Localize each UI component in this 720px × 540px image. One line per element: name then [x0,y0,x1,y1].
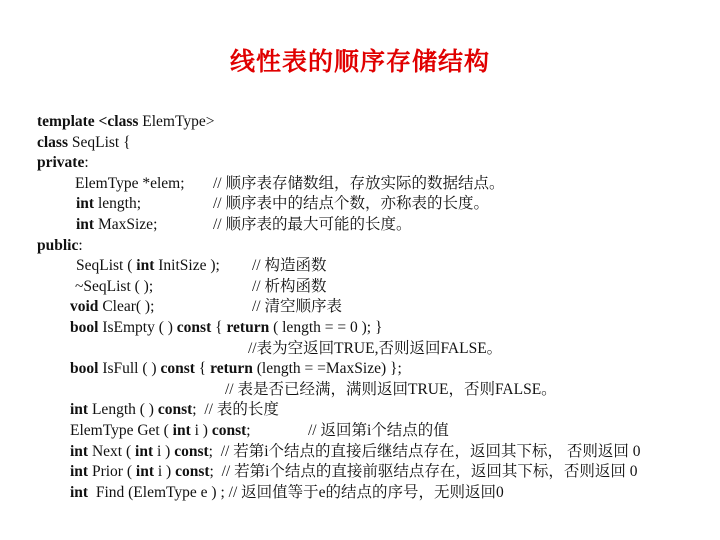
code-keyword: const [174,443,208,460]
code-line: bool IsFull ( ) const { return (length =… [0,359,720,380]
code-text: int Length ( ) const; [70,400,197,421]
code-comment: // 若第i个结点的直接前驱结点存在，返回其下标，否则返回 0 [214,463,638,480]
code-token: ElemType *elem; [75,175,185,192]
code-comment: // 表的长度 [197,401,279,418]
code-comment: //表为空返回TRUE,否则返回FALSE。 [248,340,502,357]
code-comment: // 表是否已经满，满则返回TRUE，否则FALSE。 [225,381,557,398]
code-line: int MaxSize;// 顺序表的最大可能的长度。 [0,215,720,236]
code-keyword: private [37,154,84,171]
code-keyword: const [177,319,211,336]
code-comment: // 顺序表中的结点个数，亦称表的长度。 [213,195,489,212]
code-token: i ) [154,463,175,480]
code-keyword: int [70,484,88,501]
code-token: InitSize ); [154,257,219,274]
code-text: int Next ( int i ) const; [70,442,213,463]
code-comment: // 返回第i个结点的值 [308,422,449,439]
code-text: int Prior ( int i ) const; [70,462,214,483]
code-comment: // 若第i个结点的直接后继结点存在，返回其下标， 否则返回 0 [213,443,641,460]
code-token: SeqList ( [76,257,136,274]
code-token: Length ( ) [88,401,158,418]
code-keyword: int [136,257,154,274]
code-text: SeqList ( int InitSize ); [76,256,252,277]
code-token: IsEmpty ( ) [98,319,176,336]
code-keyword: bool [70,319,98,336]
code-line: class SeqList { [0,133,720,154]
code-line: int Prior ( int i ) const; // 若第i个结点的直接前… [0,462,720,483]
code-token: length; [94,195,141,212]
code-text: bool IsFull ( ) const { return (length =… [70,359,402,380]
code-token: ~SeqList ( ); [75,278,153,295]
code-token: i ) [153,443,174,460]
code-token: ( length = = 0 ); } [269,319,382,336]
code-token: Prior ( [88,463,136,480]
code-text: template <class ElemType> [37,112,214,133]
code-keyword: bool [70,360,98,377]
code-text: int MaxSize; [76,215,213,236]
code-keyword: int [70,463,88,480]
code-keyword: int [136,463,154,480]
code-text: int Find (ElemType e ) ; [70,483,229,504]
code-token: : [78,237,82,254]
code-token: i ) [191,422,212,439]
code-keyword: const [160,360,194,377]
code-text: class SeqList { [37,133,131,154]
code-token: ElemType Get ( [70,422,173,439]
code-keyword: const [212,422,246,439]
code-keyword: return [226,319,269,336]
code-keyword: int [76,216,94,233]
slide: 线性表的顺序存储结构 template <class ElemType>clas… [0,0,720,540]
code-token: { [195,360,210,377]
code-keyword: const [175,463,209,480]
code-keyword: int [70,401,88,418]
code-line: SeqList ( int InitSize );// 构造函数 [0,256,720,277]
code-text: void Clear( ); [70,297,252,318]
code-token: { [211,319,226,336]
page-title: 线性表的顺序存储结构 [0,42,720,78]
code-token: IsFull ( ) [98,360,160,377]
code-text: ElemType Get ( int i ) const; [70,421,308,442]
code-comment: // 析构函数 [252,278,327,295]
code-text: bool IsEmpty ( ) const { return ( length… [70,318,382,339]
code-line: //表为空返回TRUE,否则返回FALSE。 [0,339,720,360]
code-text: public: [37,236,83,257]
code-line: template <class ElemType> [0,112,720,133]
code-token: (length = =MaxSize) }; [253,360,402,377]
code-block: template <class ElemType>class SeqList {… [0,112,720,503]
code-token: ElemType> [138,113,214,130]
code-keyword: return [210,360,253,377]
code-line: int Find (ElemType e ) ; // 返回值等于e的结点的序号… [0,483,720,504]
code-token: Next ( [88,443,135,460]
code-token: Clear( ); [98,298,154,315]
code-keyword: class [37,134,68,151]
code-line: int Next ( int i ) const; // 若第i个结点的直接后继… [0,442,720,463]
code-keyword: const [158,401,192,418]
code-keyword: int [70,443,88,460]
code-keyword: void [70,298,98,315]
code-token: ; [246,422,250,439]
code-text: ~SeqList ( ); [75,277,252,298]
code-line: bool IsEmpty ( ) const { return ( length… [0,318,720,339]
code-token: : [84,154,88,171]
code-line: ElemType *elem;// 顺序表存储数组，存放实际的数据结点。 [0,174,720,195]
code-token: Find (ElemType e ) ; [88,484,229,501]
code-line: ElemType Get ( int i ) const;// 返回第i个结点的… [0,421,720,442]
code-keyword: int [173,422,191,439]
code-token: MaxSize; [94,216,157,233]
code-keyword: public [37,237,78,254]
code-text: ElemType *elem; [75,174,213,195]
code-line: void Clear( );// 清空顺序表 [0,297,720,318]
code-comment: // 构造函数 [252,257,327,274]
code-line: public: [0,236,720,257]
code-line: int Length ( ) const; // 表的长度 [0,400,720,421]
code-line: // 表是否已经满，满则返回TRUE，否则FALSE。 [0,380,720,401]
code-line: ~SeqList ( );// 析构函数 [0,277,720,298]
code-comment: // 清空顺序表 [252,298,342,315]
code-token: SeqList { [68,134,131,151]
code-comment: // 顺序表存储数组，存放实际的数据结点。 [213,175,505,192]
code-text: int length; [76,194,213,215]
code-keyword: int [135,443,153,460]
code-keyword: int [76,195,94,212]
code-line: int length;// 顺序表中的结点个数，亦称表的长度。 [0,194,720,215]
code-keyword: template <class [37,113,138,130]
code-text: private: [37,153,89,174]
code-line: private: [0,153,720,174]
code-comment: // 返回值等于e的结点的序号，无则返回0 [229,484,504,501]
code-comment: // 顺序表的最大可能的长度。 [213,216,412,233]
